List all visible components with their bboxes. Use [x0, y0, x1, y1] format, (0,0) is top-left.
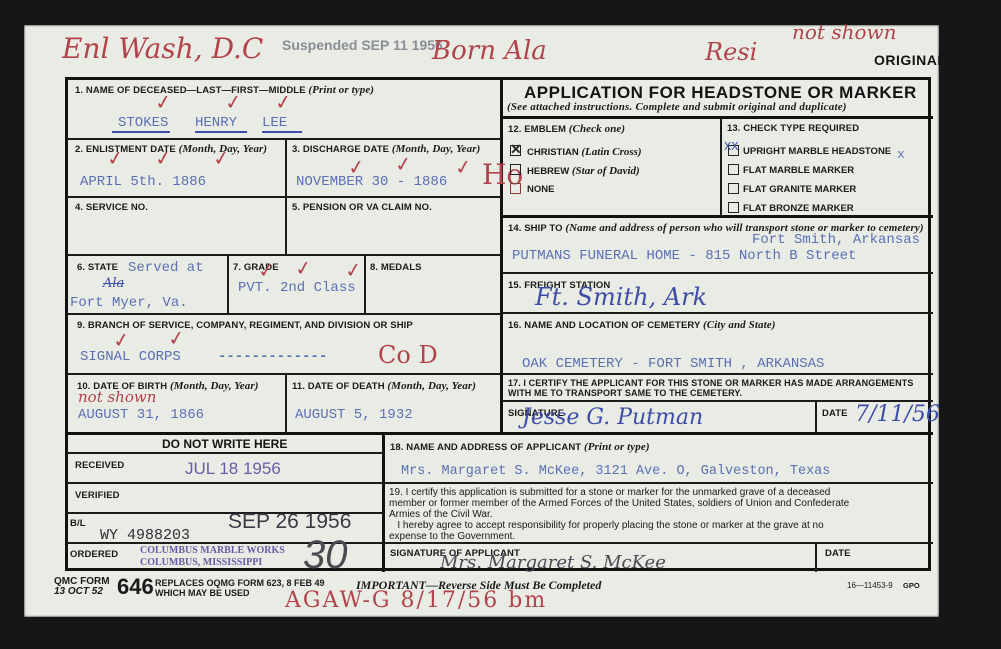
freight-value[interactable]: Ft. Smith, Ark [535, 283, 707, 311]
underline [112, 131, 170, 133]
emblem-none-label: NONE [527, 184, 554, 195]
received-stamp: JUL 18 1956 [185, 459, 281, 479]
emblem-label: 12. EMBLEM (Check one) [508, 123, 625, 135]
upright-marble-label: UPRIGHT MARBLE HEADSTONE [743, 146, 891, 157]
bl-label: B/L [70, 518, 86, 529]
service-no-label: 4. SERVICE NO. [75, 202, 148, 213]
divider [815, 542, 817, 572]
divider [384, 542, 933, 544]
state-value-line1[interactable]: Served at [128, 260, 204, 276]
suspended-stamp: Suspended SEP 11 1956 [282, 37, 443, 53]
handwritten-co-d: Co D [378, 341, 438, 369]
applicant-value[interactable]: Mrs. Margaret S. McKee, 3121 Ave. O, Gal… [401, 464, 830, 479]
divider [720, 118, 722, 216]
divider [815, 400, 817, 432]
grade-value[interactable]: PVT. 2nd Class [238, 280, 356, 296]
branch-value[interactable]: SIGNAL CORPS [80, 349, 181, 365]
enlistment-value[interactable]: APRIL 5th. 1886 [80, 174, 206, 190]
check-type-label: 13. CHECK TYPE REQUIRED [727, 123, 859, 134]
pension-label: 5. PENSION OR VA CLAIM NO. [292, 202, 432, 213]
applicant-date-label: DATE [825, 548, 851, 559]
divider [67, 452, 383, 454]
ordered-label: ORDERED [70, 549, 118, 560]
divider [227, 254, 229, 313]
emblem-christian-label: CHRISTIAN (Latin Cross) [527, 146, 642, 158]
divider [67, 313, 501, 315]
certify17-line2: WITH ME TO TRANSPORT SAME TO THE CEMETER… [508, 388, 742, 398]
state-struck-value: Ala [103, 276, 124, 291]
divider [285, 373, 287, 432]
handwritten-30: 30 [303, 533, 348, 578]
signature17-value[interactable]: Jesse G. Putman [522, 405, 703, 430]
emblem-none-checkbox[interactable] [510, 183, 521, 194]
form-code: 16—11453-9 [847, 581, 893, 590]
certify19-text: 19. I certify this application is submit… [389, 487, 849, 542]
flat-marble-checkbox[interactable] [728, 164, 739, 175]
check-mark-icon: ✓ [393, 151, 413, 177]
handwritten-not-shown-top: not shown [792, 20, 897, 44]
middle-name-value[interactable]: LEE [262, 115, 287, 131]
applicant-label: 18. NAME AND ADDRESS OF APPLICANT (Print… [390, 441, 650, 453]
cemetery-label: 16. NAME AND LOCATION OF CEMETERY (City … [508, 319, 776, 331]
side-x-mark: x [897, 147, 905, 162]
form-number: 646 [117, 574, 154, 600]
form-title: APPLICATION FOR HEADSTONE OR MARKER [524, 83, 917, 103]
office-use-title: DO NOT WRITE HERE [162, 437, 287, 451]
discharge-value[interactable]: NOVEMBER 30 - 1886 [296, 174, 447, 190]
date17-label: DATE [822, 408, 848, 419]
emblem-hebrew-label: HEBREW (Star of David) [527, 165, 640, 177]
handwritten-enlisted-wash-dc: Enl Wash, D.C [62, 32, 263, 65]
ship-to-line1[interactable]: Fort Smith, Arkansas [752, 232, 920, 248]
verified-label: VERIFIED [75, 490, 120, 501]
check-mark-icon: ✓ [343, 257, 363, 283]
underline [195, 131, 247, 133]
bl-number: WY 4988203 [100, 527, 190, 544]
divider [502, 373, 933, 375]
check-mark-icon: ✓ [166, 325, 186, 351]
death-label: 11. DATE OF DEATH (Month, Day, Year) [292, 380, 476, 392]
state-value-line2[interactable]: Fort Myer, Va. [70, 295, 188, 311]
date17-value[interactable]: 7/11/56 [855, 402, 940, 427]
divider [67, 373, 501, 375]
applicant-signature-value[interactable]: Mrs. Margaret S. McKee [440, 552, 666, 573]
flat-bronze-checkbox[interactable] [728, 202, 739, 213]
divider [502, 272, 933, 274]
divider [364, 254, 366, 313]
check-mark-icon: ✓ [211, 145, 231, 171]
handwritten-resi: Resi [705, 38, 757, 66]
check-mark-icon: ✓ [293, 255, 313, 281]
handwritten-born: Born Ala [432, 36, 547, 66]
divider [500, 116, 933, 119]
received-label: RECEIVED [75, 460, 124, 471]
form-id: QMC FORM 13 OCT 52 [54, 577, 110, 597]
check-mark-icon: ✓ [256, 257, 276, 283]
divider [502, 312, 933, 314]
ship-to-line2[interactable]: PUTMANS FUNERAL HOME - 815 North B Stree… [512, 248, 856, 264]
last-name-value[interactable]: STOKES [118, 115, 168, 131]
check-mark-icon: ✓ [273, 89, 293, 115]
divider [500, 215, 933, 218]
check-mark-icon: ✓ [153, 89, 173, 115]
divider [67, 138, 501, 140]
bl-date-stamp: SEP 26 1956 [228, 510, 351, 534]
underline [262, 131, 302, 133]
flat-marble-label: FLAT MARBLE MARKER [743, 165, 854, 176]
branch-dashes: ------------- [218, 349, 327, 365]
divider [384, 482, 933, 484]
form-subtitle: (See attached instructions. Complete and… [507, 101, 847, 113]
handwritten-agaw-note: AGAW-G 8/17/56 bm [285, 588, 547, 613]
discharge-label: 3. DISCHARGE DATE (Month, Day, Year) [292, 143, 480, 155]
certify17-line1: 17. I CERTIFY THE APPLICANT FOR THIS STO… [508, 378, 913, 388]
divider [285, 138, 287, 254]
ordered-stamp: COLUMBUS MARBLE WORKS COLUMBUS, MISSISSI… [140, 545, 285, 569]
flat-granite-checkbox[interactable] [728, 183, 739, 194]
check-mark-icon: ✓ [153, 145, 173, 171]
flat-bronze-label: FLAT BRONZE MARKER [743, 203, 854, 214]
first-name-value[interactable]: HENRY [195, 115, 237, 131]
divider [67, 432, 933, 435]
check-mark-icon: ✓ [105, 145, 125, 171]
original-label: ORIGINAL [874, 52, 946, 68]
death-value[interactable]: AUGUST 5, 1932 [295, 407, 413, 423]
cemetery-value[interactable]: OAK CEMETERY - FORT SMITH , ARKANSAS [522, 356, 824, 372]
check-mark-icon: ✓ [453, 154, 473, 180]
upright-marble-checkbox[interactable]: XX [728, 145, 739, 156]
handwritten-not-shown-birth: not shown [78, 388, 156, 406]
gpo-label: GPO [903, 581, 920, 590]
emblem-christian-checkbox[interactable]: ✕ [510, 145, 521, 156]
emblem-hebrew-checkbox[interactable] [510, 164, 521, 175]
check-mark-icon: ✓ [223, 89, 243, 115]
divider [67, 254, 501, 256]
birth-value[interactable]: AUGUST 31, 1866 [78, 407, 204, 423]
check-mark-icon: ✓ [346, 154, 366, 180]
state-label: 6. STATE [77, 262, 118, 273]
flat-granite-label: FLAT GRANITE MARKER [743, 184, 856, 195]
divider [67, 482, 383, 484]
divider [67, 196, 501, 198]
medals-label: 8. MEDALS [370, 262, 422, 273]
check-mark-icon: ✓ [111, 327, 131, 353]
